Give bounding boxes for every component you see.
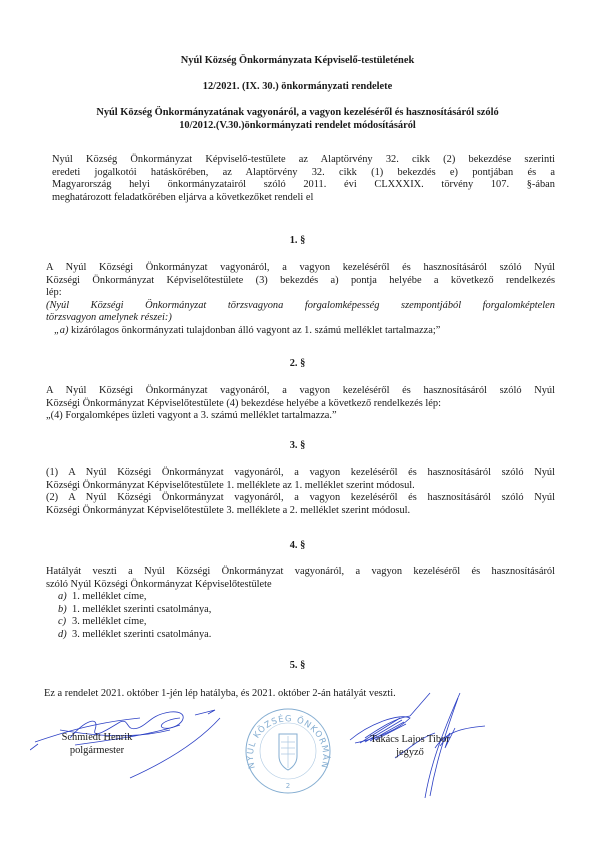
notary-name: Takács Lajos Tibor — [360, 733, 460, 746]
section-4-heading: 4. § — [0, 540, 595, 551]
decree-subject-line2: 10/2012.(V.30.)önkormányzati rendelet mó… — [0, 120, 595, 131]
notary-title: jegyző — [360, 746, 460, 759]
section-3-body: (1) A Nyúl Községi Önkormányzat vagyonár… — [46, 467, 555, 517]
section-line: Községi Önkormányzat Képviselőtestülete … — [46, 505, 555, 518]
section-line: Községi Önkormányzat Képviselőtestülete … — [46, 275, 555, 288]
section-line: Községi Önkormányzat Képviselőtestülete … — [46, 480, 555, 493]
section-3-heading: 3. § — [0, 440, 595, 451]
mayor-signature-block: Schmiedt Henrik polgármester — [52, 731, 142, 757]
notary-signature-block: Takács Lajos Tibor jegyző — [360, 733, 460, 759]
mayor-title: polgármester — [52, 744, 142, 757]
section-1-heading: 1. § — [0, 235, 595, 246]
preamble-line: meghatározott feladatkörében eljárva a k… — [52, 192, 555, 205]
section-5-heading: 5. § — [0, 660, 595, 671]
section-line: szóló Nyúl Községi Önkormányzat Képvisel… — [46, 579, 555, 592]
section-1-body: A Nyúl Községi Önkormányzat vagyonáról, … — [46, 262, 555, 338]
decree-subject-line1: Nyúl Község Önkormányzatának vagyonáról,… — [0, 107, 595, 118]
quote-text: kizárólagos önkormányzati tulajdonban ál… — [68, 325, 440, 336]
official-stamp-icon: NYÚL KÖZSÉG ÖNKORMÁNYZATA 2 — [243, 706, 333, 796]
preamble-line: Nyúl Község Önkormányzat Képviselő-testü… — [52, 154, 555, 167]
svg-text:2: 2 — [286, 782, 290, 790]
document-page: Nyúl Község Önkormányzata Képviselő-test… — [0, 0, 595, 842]
section-2-body: A Nyúl Községi Önkormányzat vagyonáról, … — [46, 385, 555, 423]
section-4-body: Hatályát veszti a Nyúl Községi Önkormány… — [46, 566, 555, 642]
svg-text:NYÚL KÖZSÉG ÖNKORMÁNYZATA: NYÚL KÖZSÉG ÖNKORMÁNYZATA — [243, 706, 332, 770]
section-line: „(4) Forgalomképes üzleti vagyont a 3. s… — [46, 410, 555, 423]
list-item: d)3. melléklet szerinti csatolmánya. — [46, 629, 555, 642]
section-italic-line: (Nyúl Községi Önkormányzat törzsvagyona … — [46, 300, 555, 313]
section-quote-line: „a) kizárólagos önkormányzati tulajdonba… — [46, 325, 555, 338]
section-line: A Nyúl Községi Önkormányzat vagyonáról, … — [46, 385, 555, 398]
list-item: a)1. melléklet címe, — [46, 591, 555, 604]
list-item: b)1. melléklet szerinti csatolmánya, — [46, 604, 555, 617]
section-line: (1) A Nyúl Községi Önkormányzat vagyonár… — [46, 467, 555, 480]
section-line: (2) A Nyúl Községi Önkormányzat vagyonár… — [46, 492, 555, 505]
authority-heading: Nyúl Község Önkormányzata Képviselő-test… — [0, 55, 595, 66]
preamble: Nyúl Község Önkormányzat Képviselő-testü… — [52, 154, 555, 204]
list-item: c)3. melléklet címe, — [46, 616, 555, 629]
preamble-line: Magyarország helyi önkormányzatairól szó… — [52, 179, 555, 192]
section-italic-line: törzsvagyon amelynek részei:) — [46, 312, 555, 325]
section-2-heading: 2. § — [0, 358, 595, 369]
mayor-name: Schmiedt Henrik — [52, 731, 142, 744]
quote-marker: „a) — [54, 325, 68, 336]
section-line: lép: — [46, 287, 555, 300]
section-line: Községi Önkormányzat Képviselőtestülete … — [46, 398, 555, 411]
decree-number: 12/2021. (IX. 30.) önkormányzati rendele… — [0, 81, 595, 92]
preamble-line: eredeti jogalkotói hatáskörében, az Alap… — [52, 167, 555, 180]
section-line: Hatályát veszti a Nyúl Községi Önkormány… — [46, 566, 555, 579]
section-line: A Nyúl Községi Önkormányzat vagyonáról, … — [46, 262, 555, 275]
